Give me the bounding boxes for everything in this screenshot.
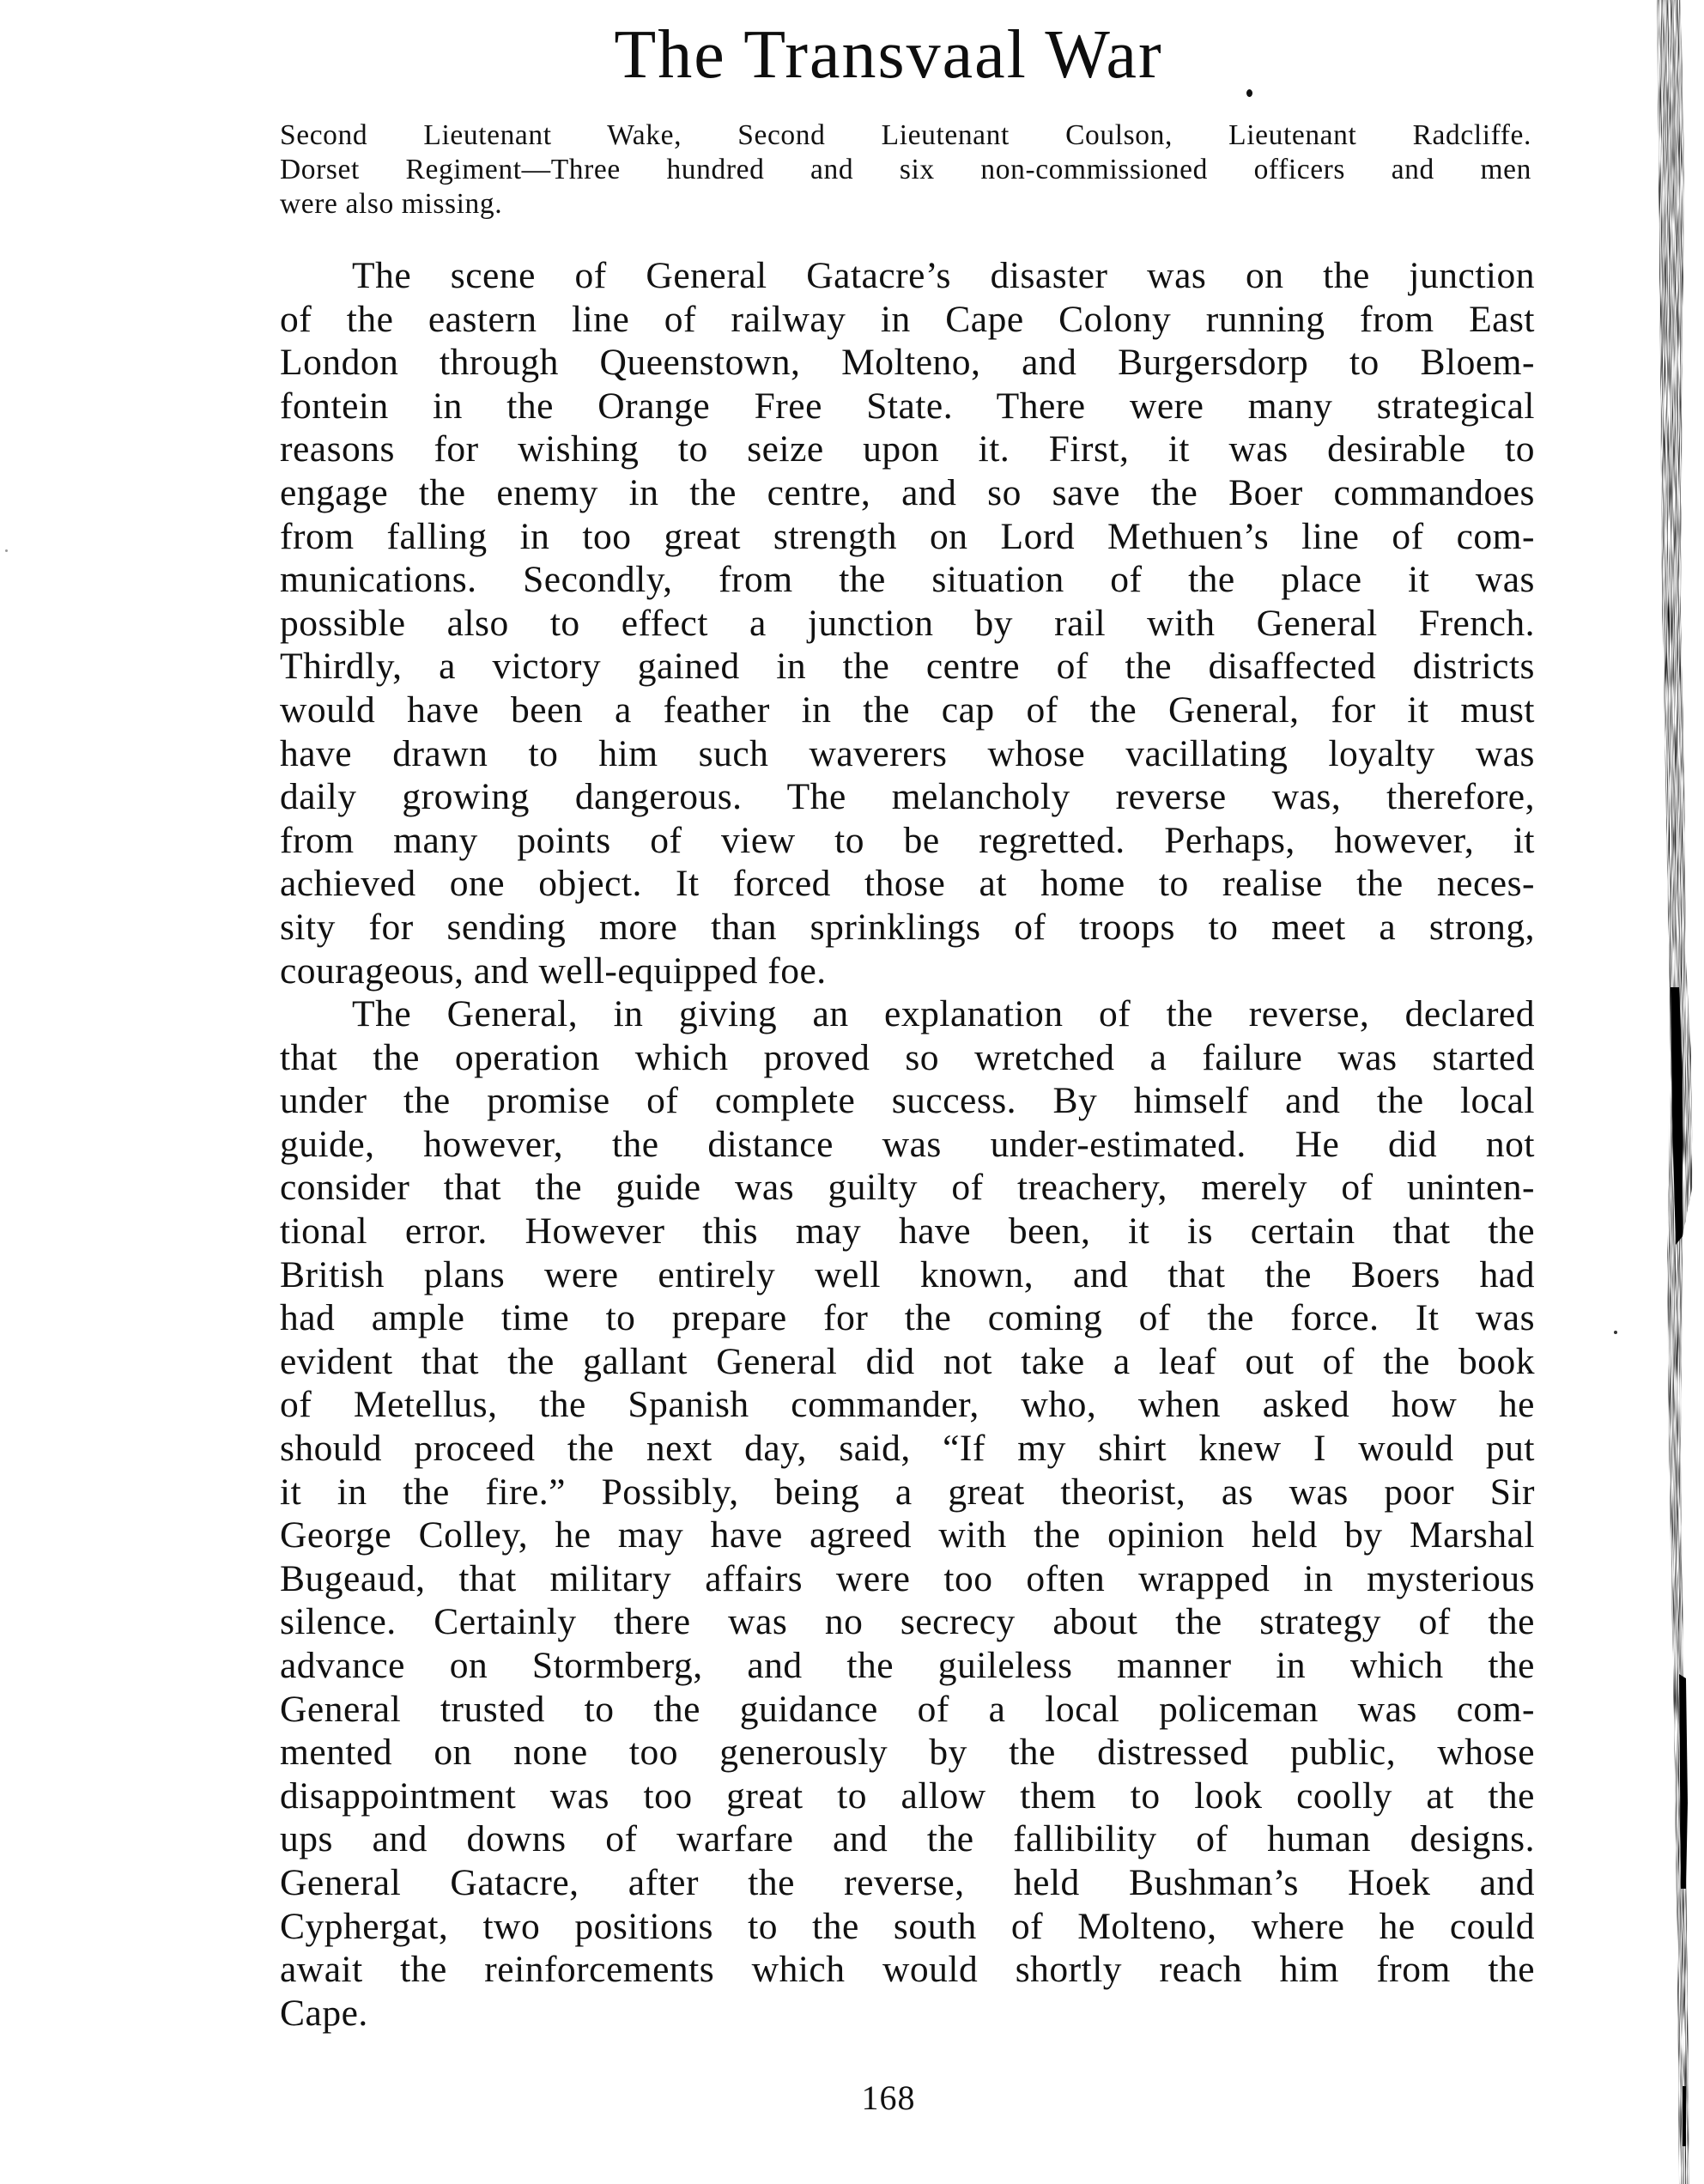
text-line: Bugeaud, that military affairs were too … xyxy=(280,1557,1535,1601)
text-line: Cape. xyxy=(280,1992,1535,2035)
text-line: should proceed the next day, said, “If m… xyxy=(280,1427,1535,1471)
text-line: General Gatacre, after the reverse, held… xyxy=(280,1861,1535,1905)
text-line: of the eastern line of railway in Cape C… xyxy=(280,298,1535,342)
text-line: mented on none too generously by the dis… xyxy=(280,1731,1535,1774)
text-line: have drawn to him such waverers whose va… xyxy=(280,732,1535,776)
text-line: daily growing dangerous. The melancholy … xyxy=(280,775,1535,819)
text-line: silence. Certainly there was no secrecy … xyxy=(280,1600,1535,1644)
text-line: were also missing. xyxy=(280,187,1531,221)
binding-shadow xyxy=(1631,0,1704,2184)
text-line: fontein in the Orange Free State. There … xyxy=(280,385,1535,428)
stray-ink-dot xyxy=(1246,89,1252,97)
text-line: munications. Secondly, from the situatio… xyxy=(280,558,1535,602)
text-line: Thirdly, a victory gained in the centre … xyxy=(280,645,1535,689)
text-line: George Colley, he may have agreed with t… xyxy=(280,1514,1535,1557)
body-text: The scene of General Gatacre’s disaster … xyxy=(280,254,1535,2035)
text-line: British plans were entirely well known, … xyxy=(280,1253,1535,1297)
text-line: under the promise of complete success. B… xyxy=(280,1079,1535,1123)
text-line: engage the enemy in the centre, and so s… xyxy=(280,471,1535,515)
text-line: of Metellus, the Spanish commander, who,… xyxy=(280,1383,1535,1427)
text-line: achieved one object. It forced those at … xyxy=(280,862,1535,906)
text-line: reasons for wishing to seize upon it. Fi… xyxy=(280,428,1535,471)
text-line: consider that the guide was guilty of tr… xyxy=(280,1166,1535,1210)
text-line: sity for sending more than sprinklings o… xyxy=(280,906,1535,949)
paragraph-1: The scene of General Gatacre’s disaster … xyxy=(280,254,1535,992)
text-line: had ample time to prepare for the coming… xyxy=(280,1296,1535,1340)
text-line: guide, however, the distance was under-e… xyxy=(280,1123,1535,1167)
text-line: The scene of General Gatacre’s disaster … xyxy=(280,254,1535,298)
text-line: await the reinforcements which would sho… xyxy=(280,1948,1535,1992)
text-line: from many points of view to be regretted… xyxy=(280,819,1535,863)
text-line: from falling in too great strength on Lo… xyxy=(280,515,1535,559)
intro-continuation: Second Lieutenant Wake, Second Lieutenan… xyxy=(280,118,1531,221)
text-line: possible also to effect a junction by ra… xyxy=(280,602,1535,646)
text-line: would have been a feather in the cap of … xyxy=(280,689,1535,732)
text-line: courageous, and well-equipped foe. xyxy=(280,949,1535,993)
text-line: Second Lieutenant Wake, Second Lieutenan… xyxy=(280,118,1531,153)
text-line: ups and downs of warfare and the fallibi… xyxy=(280,1817,1535,1861)
stray-ink-dot xyxy=(1614,1331,1617,1334)
text-line: that the operation which proved so wretc… xyxy=(280,1036,1535,1080)
text-line: tional error. However this may have been… xyxy=(280,1210,1535,1253)
text-line: evident that the gallant General did not… xyxy=(280,1340,1535,1384)
text-line: Dorset Regiment—Three hundred and six no… xyxy=(280,153,1531,187)
paragraph-2: The General, in giving an explanation of… xyxy=(280,992,1535,2035)
text-line: Cyphergat, two positions to the south of… xyxy=(280,1905,1535,1949)
page-number: 168 xyxy=(0,2078,1704,2118)
text-line: General trusted to the guidance of a loc… xyxy=(280,1688,1535,1732)
running-head: The Transvaal War xyxy=(0,12,1704,98)
text-line: The General, in giving an explanation of… xyxy=(280,992,1535,1036)
text-line: advance on Stormberg, and the guileless … xyxy=(280,1644,1535,1688)
stray-ink-dot xyxy=(5,549,8,552)
text-line: London through Queenstown, Molteno, and … xyxy=(280,341,1535,385)
text-line: it in the fire.” Possibly, being a great… xyxy=(280,1471,1535,1514)
text-line: disappointment was too great to allow th… xyxy=(280,1774,1535,1818)
